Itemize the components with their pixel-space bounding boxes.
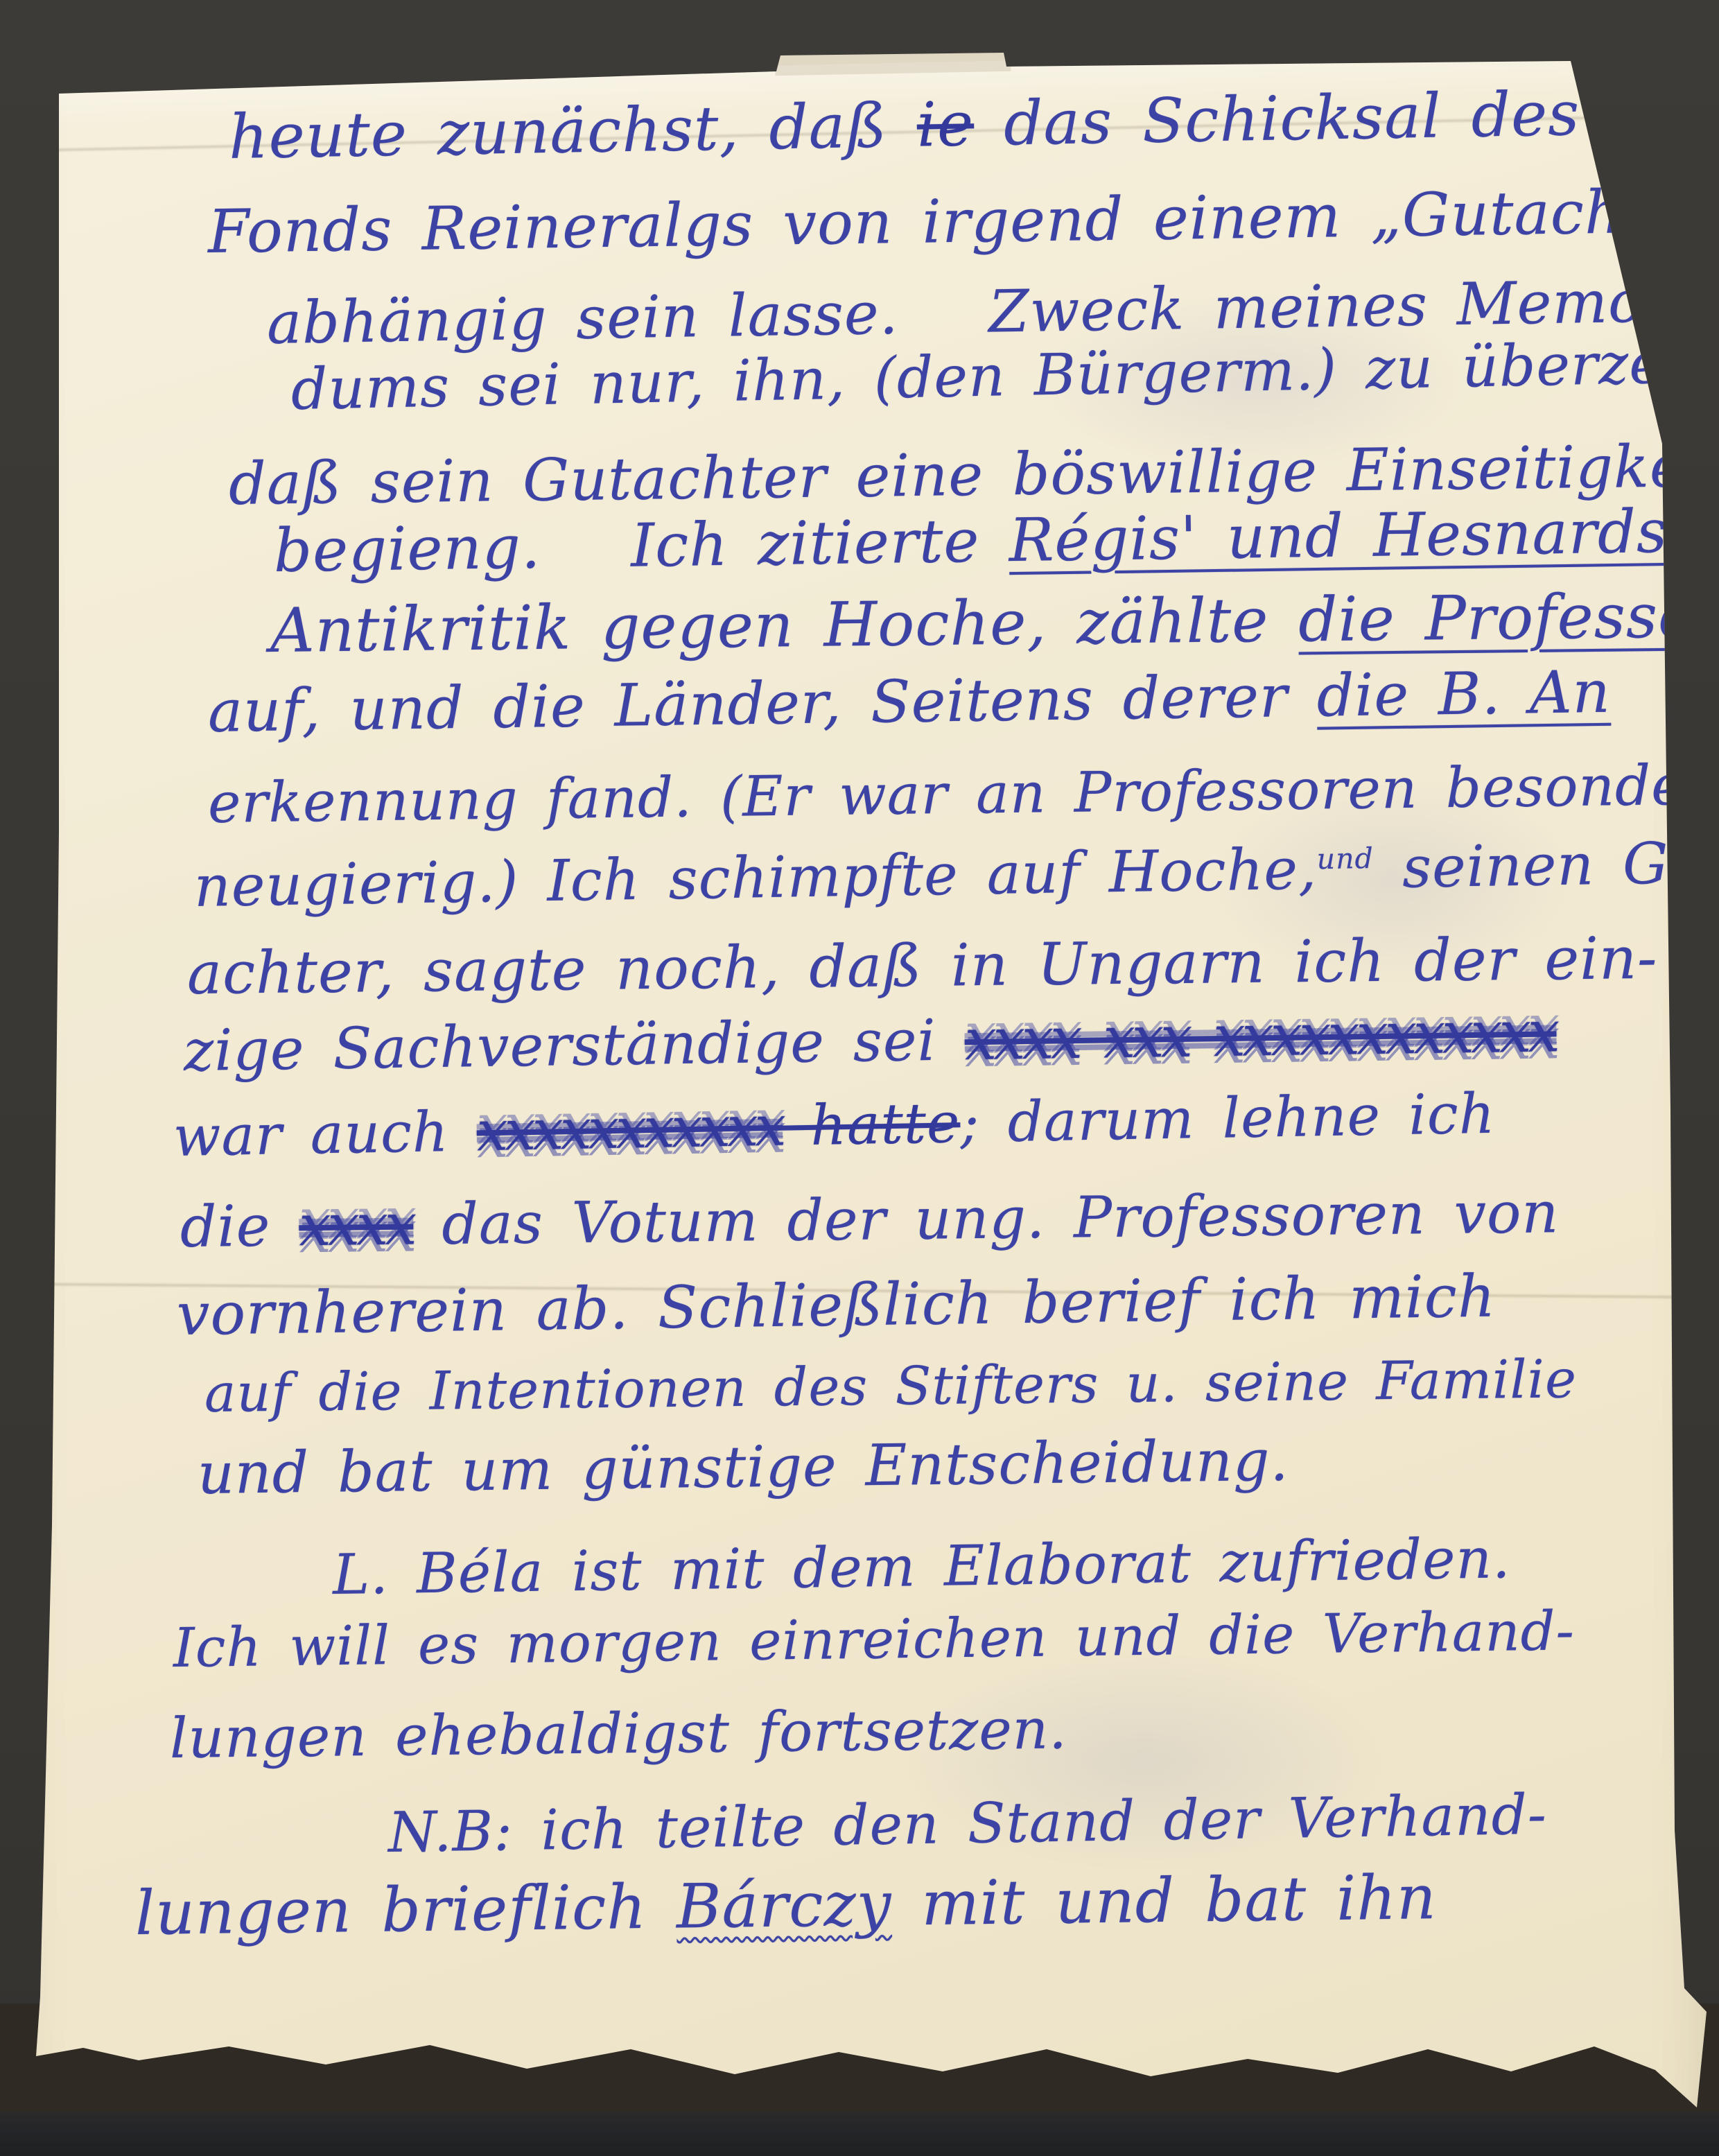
ink-segment-n: neugierig.) Ich schimpfte auf Hoche,: [193, 837, 1317, 920]
handwritten-line-12: zige Sachverständige sei xxxx xxx xxxxxx…: [183, 1001, 1557, 1083]
ink-segment-n: auf, und die Länder, Seitens derer: [207, 662, 1317, 745]
ink-segment-n: L. Béla ist mit dem Elaborat zufrieden.: [332, 1526, 1511, 1607]
handwritten-line-7: Antikritik gegen Hoche, zählte die Profe…: [270, 582, 1719, 665]
ink-segment-n: vornherein ab. Schließlich berief ich mi…: [176, 1262, 1496, 1348]
ink-segment-scribble: xxxx: [1697, 495, 1719, 566]
handwritten-line-9: erkennung fand. (Er war an Professoren b…: [207, 754, 1719, 834]
ink-segment-n: auf die Intentionen des Stifters u. sein…: [204, 1348, 1578, 1424]
ink-segment-n: begieng.: [273, 513, 541, 586]
handwritten-line-18: L. Béla ist mit dem Elaborat zufrieden.: [332, 1528, 1511, 1606]
ink-segment-u: die B. An: [1316, 658, 1611, 730]
handwritten-line-2: Fonds Reineralgs von irgend einem „Gutac…: [207, 178, 1719, 265]
ink-segment-gap: Ich zitierte: [630, 506, 1009, 581]
handwritten-line-22: lungen brieflich Bárczy mit und bat ihn: [134, 1864, 1437, 1947]
ink-segment-n: das Schicksal des: [973, 78, 1580, 159]
handwritten-line-10: neugierig.) Ich schimpfte auf Hoche,und …: [193, 832, 1719, 919]
handwritten-line-21: N.B: ich teilte den Stand der Verhand-: [387, 1784, 1547, 1863]
ink-segment-sup: “: [1713, 184, 1719, 218]
ink-segment-n: war auch: [173, 1099, 477, 1169]
handwritten-line-13: war auch xxxxxxxxxxx hatte; darum lehne …: [173, 1084, 1496, 1167]
handwritten-line-17: und bat um günstige Entscheidung.: [197, 1430, 1289, 1506]
ink-segment-scribble: xxxxxxxxxxx: [476, 1094, 783, 1164]
ink-segment-u: Régis' und Hesnards: [1009, 497, 1668, 575]
handwritten-line-1: heute zunächst, daß ie das Schicksal des: [228, 80, 1580, 171]
ink-segment-u: die Professoren: [1298, 579, 1719, 656]
ink-segment-sup: und: [1316, 842, 1374, 876]
handwritten-line-11: achter, sagte noch, daß in Ungarn ich de…: [187, 926, 1658, 1006]
ink-segment-n: das Votum der ung. Professoren von: [413, 1180, 1560, 1258]
ink-segment-n: erkennung fand. (Er war an Professoren b…: [207, 752, 1719, 835]
ink-segment-n: [1667, 496, 1698, 566]
ink-segment-n: achter, sagte noch, daß in Ungarn ich de…: [186, 924, 1657, 1007]
ink-segment-n: abhängig sein lasse.: [266, 279, 899, 357]
ink-segment-n: ; darum lehne ich: [959, 1081, 1496, 1155]
ink-segment-struck: ie: [916, 88, 975, 160]
handwritten-line-15: vornherein ab. Schließlich berief ich mi…: [176, 1264, 1496, 1346]
handwritten-line-8: auf, und die Länder, Seitens derer die B…: [207, 660, 1611, 744]
ink-segment-n: heute zunächst, daß: [228, 89, 918, 173]
handwriting-layer: heute zunächst, daß ie das Schicksal des…: [0, 0, 1719, 2156]
letter-photo: heute zunächst, daß ie das Schicksal des…: [0, 0, 1719, 2156]
handwritten-line-19: Ich will es morgen einreichen und die Ve…: [173, 1602, 1575, 1678]
ink-segment-n: mit und bat ihn: [891, 1861, 1437, 1940]
ink-segment-struck: hatte: [782, 1090, 961, 1158]
letter-paper: heute zunächst, daß ie das Schicksal des…: [0, 0, 1719, 2156]
ink-segment-n: lungen brieflich: [134, 1870, 677, 1949]
ink-segment-n: die: [180, 1193, 299, 1260]
ink-segment-n: und bat um günstige Entscheidung.: [197, 1428, 1289, 1507]
ink-segment-n: lungen ehebaldigst fortsetzen.: [170, 1696, 1068, 1771]
mat-bottom-band: [0, 2112, 1719, 2156]
handwritten-line-14: die xxxx das Votum der ung. Professoren …: [180, 1182, 1560, 1259]
handwritten-line-16: auf die Intentionen des Stifters u. sein…: [204, 1350, 1578, 1422]
ink-segment-scribble: xxxx: [299, 1192, 414, 1259]
ink-segment-n: zige Sachverständige sei: [183, 1007, 965, 1084]
ink-segment-n: Antikritik gegen Hoche, zählte: [270, 584, 1298, 666]
ink-segment-n: seinen Gut-: [1373, 830, 1719, 902]
ink-segment-n: Ich will es morgen einreichen und die Ve…: [173, 1600, 1575, 1680]
handwritten-line-20: lungen ehebaldigst fortsetzen.: [170, 1698, 1067, 1769]
ink-segment-n: N.B: ich teilte den Stand der Verhand-: [387, 1782, 1547, 1865]
ink-segment-wavy: Bárczy: [676, 1868, 892, 1942]
ink-segment-scribble: xxxx xxx xxxxxxxxxxxx: [964, 999, 1557, 1073]
ink-segment-n: Fonds Reineralgs von irgend einem „Gutac…: [207, 177, 1713, 267]
